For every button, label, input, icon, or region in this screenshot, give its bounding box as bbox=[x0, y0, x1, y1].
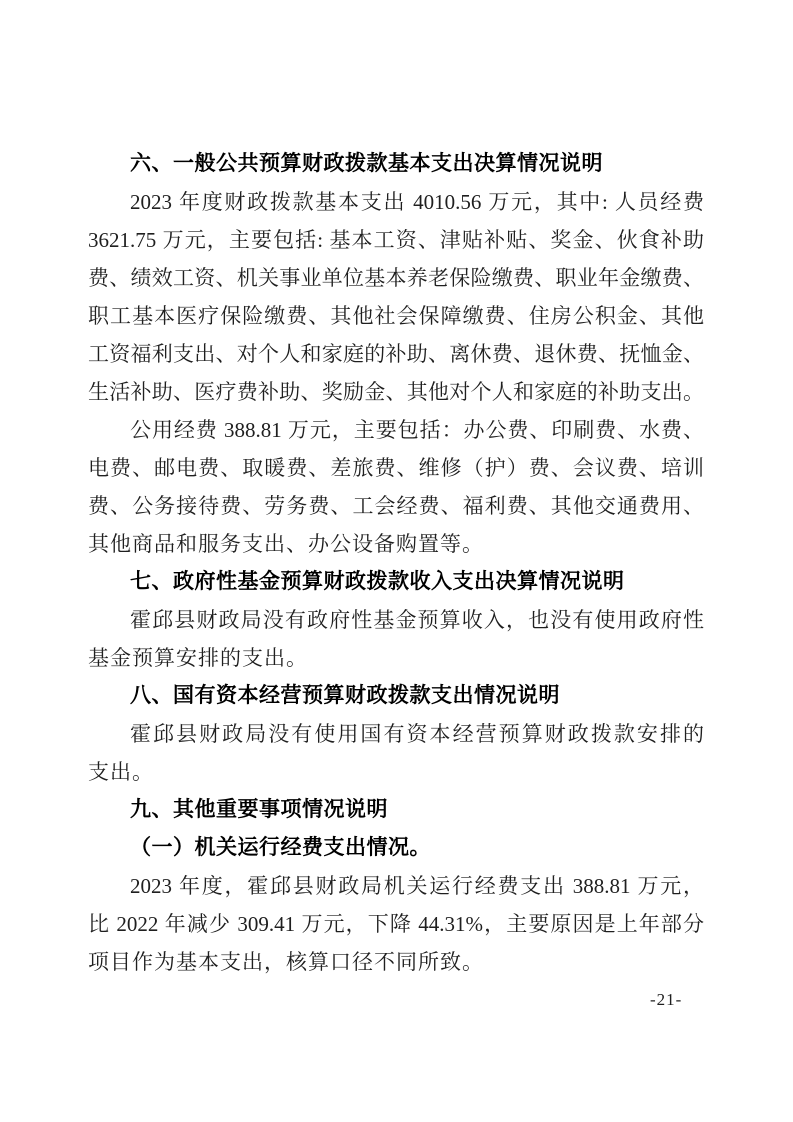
section-heading: 七、政府性基金预算财政拨款收入支出决算情况说明 bbox=[88, 563, 704, 601]
section-heading: 九、其他重要事项情况说明 bbox=[88, 791, 704, 829]
document-page: 六、一般公共预算财政拨款基本支出决算情况说明2023 年度财政拨款基本支出 40… bbox=[0, 0, 793, 1122]
text-line: 费、绩效工资、机关事业单位基本养老保险缴费、职业年金缴费、 bbox=[88, 259, 704, 297]
text-line: 费、公务接待费、劳务费、工会经费、福利费、其他交通费用、 bbox=[88, 487, 704, 525]
page-number: -21- bbox=[650, 990, 682, 1010]
text-line: 支出。 bbox=[88, 753, 704, 791]
section-heading: 六、一般公共预算财政拨款基本支出决算情况说明 bbox=[88, 145, 704, 183]
text-line: 2023 年度财政拨款基本支出 4010.56 万元，其中: 人员经费 bbox=[88, 183, 704, 221]
section-heading: 八、国有资本经营预算财政拨款支出情况说明 bbox=[88, 677, 704, 715]
text-line: 2023 年度，霍邱县财政局机关运行经费支出 388.81 万元， bbox=[88, 867, 704, 905]
text-line: 生活补助、医疗费补助、奖励金、其他对个人和家庭的补助支出。 bbox=[88, 373, 704, 411]
text-line: 霍邱县财政局没有使用国有资本经营预算财政拨款安排的 bbox=[88, 715, 704, 753]
document-body: 六、一般公共预算财政拨款基本支出决算情况说明2023 年度财政拨款基本支出 40… bbox=[88, 145, 704, 981]
text-line: 基金预算安排的支出。 bbox=[88, 639, 704, 677]
text-line: 项目作为基本支出，核算口径不同所致。 bbox=[88, 943, 704, 981]
text-line: 比 2022 年减少 309.41 万元，下降 44.31%，主要原因是上年部分 bbox=[88, 905, 704, 943]
text-line: 工资福利支出、对个人和家庭的补助、离休费、退休费、抚恤金、 bbox=[88, 335, 704, 373]
text-line: 职工基本医疗保险缴费、其他社会保障缴费、住房公积金、其他 bbox=[88, 297, 704, 335]
section-heading: （一）机关运行经费支出情况。 bbox=[88, 829, 704, 867]
text-line: 3621.75 万元，主要包括: 基本工资、津贴补贴、奖金、伙食补助 bbox=[88, 221, 704, 259]
text-line: 电费、邮电费、取暖费、差旅费、维修（护）费、会议费、培训 bbox=[88, 449, 704, 487]
text-line: 公用经费 388.81 万元，主要包括：办公费、印刷费、水费、 bbox=[88, 411, 704, 449]
text-line: 其他商品和服务支出、办公设备购置等。 bbox=[88, 525, 704, 563]
text-line: 霍邱县财政局没有政府性基金预算收入，也没有使用政府性 bbox=[88, 601, 704, 639]
